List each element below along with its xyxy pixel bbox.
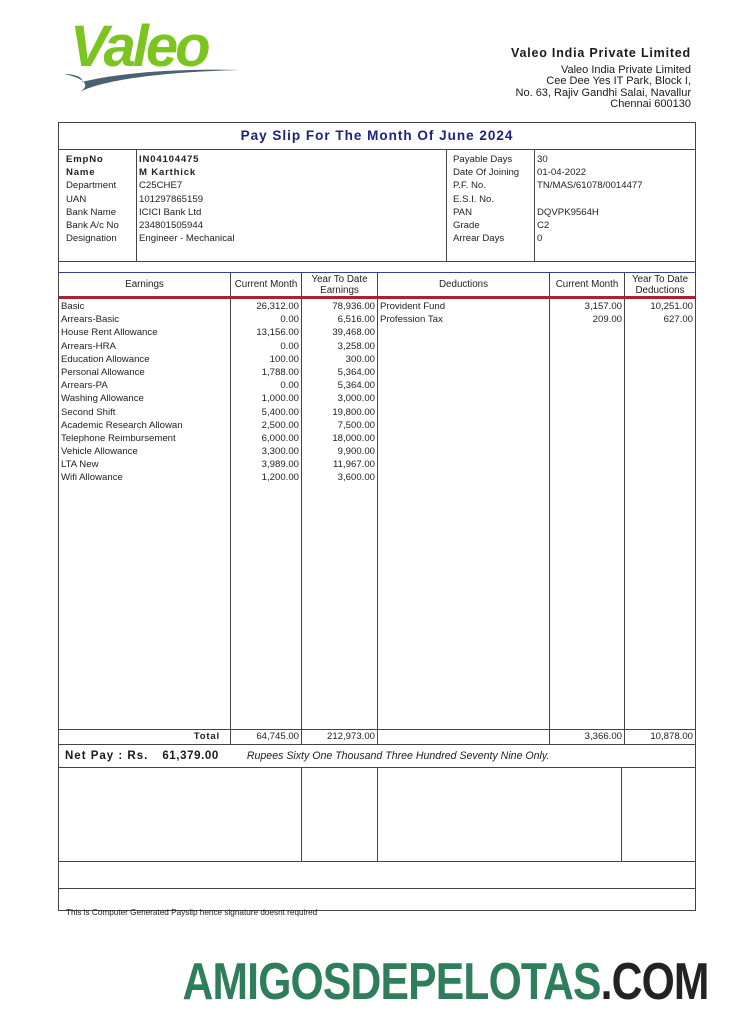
employee-details-right: Payable DaysDate Of JoiningP.F. No.E.S.I…	[447, 150, 695, 261]
earning-name: Academic Research Allowan	[59, 419, 230, 432]
earning-ytd: 11,967.00	[302, 458, 377, 471]
total-earnings-current: 64,745.00	[231, 730, 302, 744]
company-name: Valeo India Private Limited	[511, 48, 691, 60]
earning-current: 100.00	[231, 353, 301, 366]
employee-details-left: EmpNoNameDepartmentUANBank NameBank A/c …	[59, 150, 447, 261]
total-label: Total	[59, 730, 231, 744]
total-deductions-current: 3,366.00	[550, 730, 625, 744]
earning-ytd: 5,364.00	[302, 366, 377, 379]
payslip-title: Pay Slip For The Month Of June 2024	[59, 123, 695, 150]
earning-ytd: 3,258.00	[302, 340, 377, 353]
earning-ytd: 78,936.00	[302, 300, 377, 313]
earning-current: 0.00	[231, 340, 301, 353]
employee-values: 3001-04-2022TN/MAS/61078/0014477DQVPK956…	[535, 150, 695, 261]
earnings-current-column: 26,312.000.0013,156.000.00100.001,788.00…	[231, 299, 302, 729]
field-value: TN/MAS/61078/0014477	[537, 179, 695, 192]
watermark-main: AMIGOSDEPELOTAS	[183, 953, 601, 1011]
earning-name: Basic	[59, 300, 230, 313]
blank-row	[59, 889, 695, 910]
earning-ytd: 18,000.00	[302, 432, 377, 445]
earning-ytd: 39,468.00	[302, 326, 377, 339]
field-value: 30	[537, 153, 695, 166]
deductions-current-column: 3,157.00209.00	[550, 299, 625, 729]
earning-current: 3,989.00	[231, 458, 301, 471]
company-address-line: Cee Dee Yes IT Park, Block I,	[511, 76, 691, 88]
field-label: Bank Name	[66, 206, 136, 219]
earning-current: 2,500.00	[231, 419, 301, 432]
signature-cell	[378, 768, 622, 861]
earning-name: Arrears-Basic	[59, 313, 230, 326]
watermark: AMIGOSDEPELOTAS.COM	[183, 952, 709, 1012]
earning-ytd: 19,800.00	[302, 406, 377, 419]
earning-current: 5,400.00	[231, 406, 301, 419]
field-label: EmpNo	[66, 153, 136, 166]
logo-swoosh-icon	[62, 64, 242, 94]
total-earnings-ytd: 212,973.00	[302, 730, 378, 744]
earnings-deductions-table: Earnings Current Month Year To Date Earn…	[59, 272, 695, 745]
table-body: BasicArrears-BasicHouse Rent AllowanceAr…	[59, 299, 695, 729]
company-header: Valeo India Private Limited Valeo India …	[511, 48, 691, 111]
earning-current: 6,000.00	[231, 432, 301, 445]
deduction-name: Provident Fund	[378, 300, 549, 313]
earning-current: 1,000.00	[231, 392, 301, 405]
field-label: P.F. No.	[453, 179, 534, 192]
earning-ytd: 3,600.00	[302, 471, 377, 484]
field-label: Arrear Days	[453, 232, 534, 245]
header-deductions: Deductions	[378, 273, 550, 296]
field-label: PAN	[453, 206, 534, 219]
employee-values: IN04104475M KarthickC25CHE7101297865159I…	[137, 150, 446, 261]
table-header: Earnings Current Month Year To Date Earn…	[59, 272, 695, 299]
signature-area	[59, 768, 695, 862]
header-current-month: Current Month	[231, 273, 302, 296]
earning-name: Personal Allowance	[59, 366, 230, 379]
net-pay-row: Net Pay : Rs. 61,379.00 Rupees Sixty One…	[59, 745, 695, 768]
totals-row: Total 64,745.00 212,973.00 3,366.00 10,8…	[59, 729, 695, 744]
field-value: 101297865159	[139, 193, 446, 206]
blank-row	[59, 862, 695, 889]
field-value: DQVPK9564H	[537, 206, 695, 219]
earning-ytd: 6,516.00	[302, 313, 377, 326]
earning-current: 0.00	[231, 313, 301, 326]
employee-labels: EmpNoNameDepartmentUANBank NameBank A/c …	[59, 150, 137, 261]
total-deductions-blank	[378, 730, 550, 744]
header-earnings: Earnings	[59, 273, 231, 296]
earning-name: Wifi Allowance	[59, 471, 230, 484]
earning-name: Education Allowance	[59, 353, 230, 366]
header-ytd-earnings: Year To Date Earnings	[302, 273, 378, 296]
earning-ytd: 5,364.00	[302, 379, 377, 392]
company-address-line: Chennai 600130	[511, 99, 691, 111]
payslip: Pay Slip For The Month Of June 2024 EmpN…	[58, 122, 696, 911]
field-value: 0	[537, 232, 695, 245]
deduction-name: Profession Tax	[378, 313, 549, 326]
field-value	[537, 193, 695, 206]
field-label: E.S.I. No.	[453, 193, 534, 206]
footnote: This is Computer Generated Payslip hence…	[66, 908, 317, 917]
field-label: Date Of Joining	[453, 166, 534, 179]
earning-ytd: 7,500.00	[302, 419, 377, 432]
signature-cell	[59, 768, 302, 861]
field-label: Payable Days	[453, 153, 534, 166]
total-deductions-ytd: 10,878.00	[625, 730, 695, 744]
earning-current: 13,156.00	[231, 326, 301, 339]
earning-ytd: 300.00	[302, 353, 377, 366]
earning-current: 0.00	[231, 379, 301, 392]
net-pay-label: Net Pay : Rs.	[65, 750, 148, 762]
earnings-ytd-column: 78,936.006,516.0039,468.003,258.00300.00…	[302, 299, 378, 729]
earning-name: Telephone Reimbursement	[59, 432, 230, 445]
field-label: UAN	[66, 193, 136, 206]
earning-name: Vehicle Allowance	[59, 445, 230, 458]
earning-name: Arrears-HRA	[59, 340, 230, 353]
earning-name: House Rent Allowance	[59, 326, 230, 339]
field-label: Bank A/c No	[66, 219, 136, 232]
field-value: IN04104475	[139, 153, 446, 166]
earning-ytd: 3,000.00	[302, 392, 377, 405]
earning-name: Second Shift	[59, 406, 230, 419]
field-label: Grade	[453, 219, 534, 232]
field-value: 234801505944	[139, 219, 446, 232]
signature-cell	[622, 768, 695, 861]
field-value: Engineer - Mechanical	[139, 232, 446, 245]
signature-cell	[302, 768, 378, 861]
earning-current: 3,300.00	[231, 445, 301, 458]
valeo-logo: Valeo	[62, 12, 242, 92]
earning-name: LTA New	[59, 458, 230, 471]
earnings-names-column: BasicArrears-BasicHouse Rent AllowanceAr…	[59, 299, 231, 729]
earning-current: 1,788.00	[231, 366, 301, 379]
header-current-month-deductions: Current Month	[550, 273, 625, 296]
earning-current: 1,200.00	[231, 471, 301, 484]
earning-ytd: 9,900.00	[302, 445, 377, 458]
net-pay-value: 61,379.00	[162, 750, 219, 762]
field-label: Designation	[66, 232, 136, 245]
field-value: C2	[537, 219, 695, 232]
net-pay-words: Rupees Sixty One Thousand Three Hundred …	[247, 750, 549, 762]
field-label: Department	[66, 179, 136, 192]
field-label: Name	[66, 166, 136, 179]
earning-current: 26,312.00	[231, 300, 301, 313]
deduction-ytd: 10,251.00	[625, 300, 695, 313]
earning-name: Arrears-PA	[59, 379, 230, 392]
header-ytd-deductions: Year To Date Deductions	[625, 273, 695, 296]
earning-name: Washing Allowance	[59, 392, 230, 405]
field-value: M Karthick	[139, 166, 446, 179]
spacer	[59, 262, 695, 272]
deductions-names-column: Provident FundProfession Tax	[378, 299, 550, 729]
employee-details: EmpNoNameDepartmentUANBank NameBank A/c …	[59, 150, 695, 262]
deduction-current: 3,157.00	[550, 300, 624, 313]
deduction-current: 209.00	[550, 313, 624, 326]
field-value: ICICI Bank Ltd	[139, 206, 446, 219]
employee-labels: Payable DaysDate Of JoiningP.F. No.E.S.I…	[447, 150, 535, 261]
field-value: 01-04-2022	[537, 166, 695, 179]
watermark-suffix: .COM	[601, 953, 709, 1011]
deduction-ytd: 627.00	[625, 313, 695, 326]
deductions-ytd-column: 10,251.00627.00	[625, 299, 695, 729]
field-value: C25CHE7	[139, 179, 446, 192]
